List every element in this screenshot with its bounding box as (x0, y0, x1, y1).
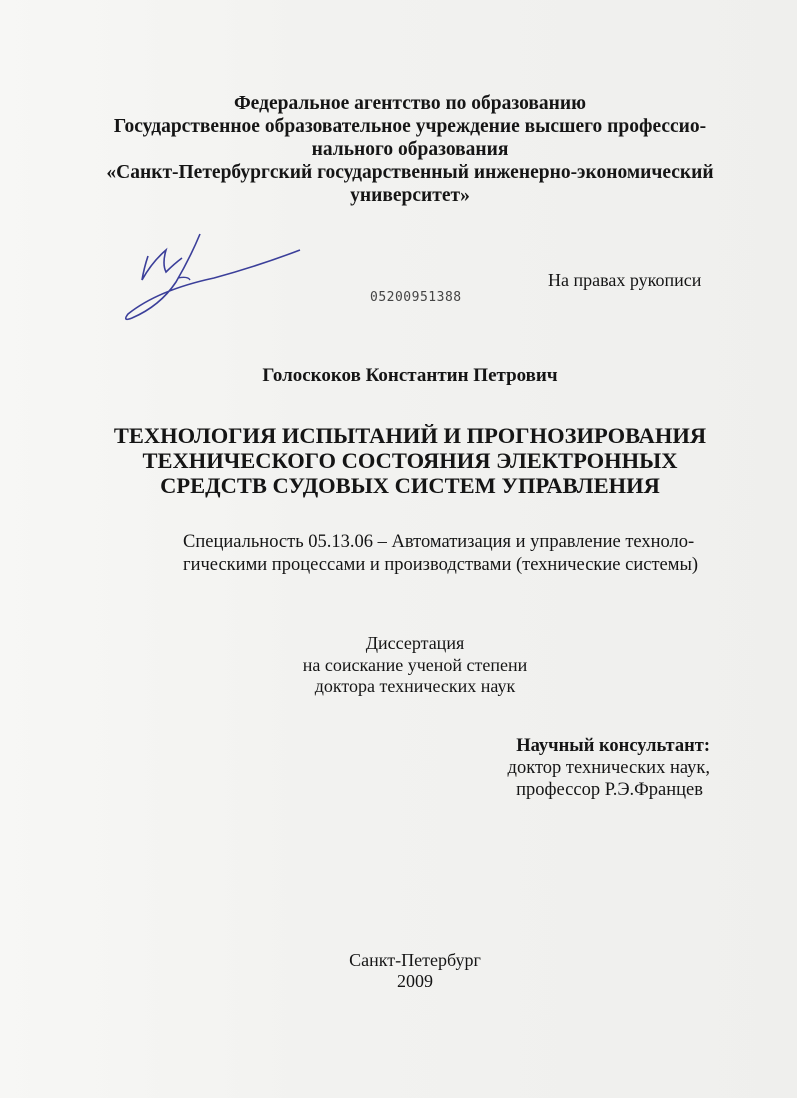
consultant-name: профессор Р.Э.Францев (440, 779, 703, 801)
scientific-consultant: Научный консультант: доктор технических … (440, 735, 710, 801)
institution-header: Федеральное агентство по образованию Гос… (100, 92, 720, 207)
dissertation-degree: Диссертация на соискание ученой степени … (300, 633, 530, 698)
header-line: Государственное образовательное учрежден… (100, 115, 720, 138)
header-line: университет» (100, 184, 720, 207)
specialty-line: гическими процессами и производствами (т… (183, 554, 698, 577)
header-line: «Санкт-Петербургский государственный инж… (100, 161, 720, 184)
registration-code: 05200951388 (370, 290, 462, 305)
consultant-label: Научный консультант: (440, 735, 710, 757)
header-line: Федеральное агентство по образованию (100, 92, 720, 115)
title-line: ТЕХНИЧЕСКОГО СОСТОЯНИЯ ЭЛЕКТРОННЫХ (100, 448, 720, 473)
place-and-year: Санкт-Петербург 2009 (300, 950, 530, 992)
degree-line: Диссертация (300, 633, 530, 655)
document-page: Федеральное агентство по образованию Гос… (0, 0, 797, 1098)
title-line: СРЕДСТВ СУДОВЫХ СИСТЕМ УПРАВЛЕНИЯ (100, 473, 720, 498)
degree-line: на соискание ученой степени (300, 655, 530, 677)
header-line: нального образования (100, 138, 720, 161)
degree-line: доктора технических наук (300, 676, 530, 698)
author-name: Голоскоков Константин Петрович (100, 365, 720, 387)
year: 2009 (300, 971, 530, 992)
title-line: ТЕХНОЛОГИЯ ИСПЫТАНИЙ И ПРОГНОЗИРОВАНИЯ (100, 423, 720, 448)
manuscript-rights-note: На правах рукописи (548, 270, 701, 291)
consultant-degree: доктор технических наук, (440, 757, 710, 779)
specialty: Специальность 05.13.06 – Автоматизация и… (183, 531, 698, 577)
dissertation-title: ТЕХНОЛОГИЯ ИСПЫТАНИЙ И ПРОГНОЗИРОВАНИЯ Т… (100, 423, 720, 498)
signature-icon (118, 228, 308, 333)
city: Санкт-Петербург (300, 950, 530, 971)
specialty-line: Специальность 05.13.06 – Автоматизация и… (183, 531, 698, 554)
